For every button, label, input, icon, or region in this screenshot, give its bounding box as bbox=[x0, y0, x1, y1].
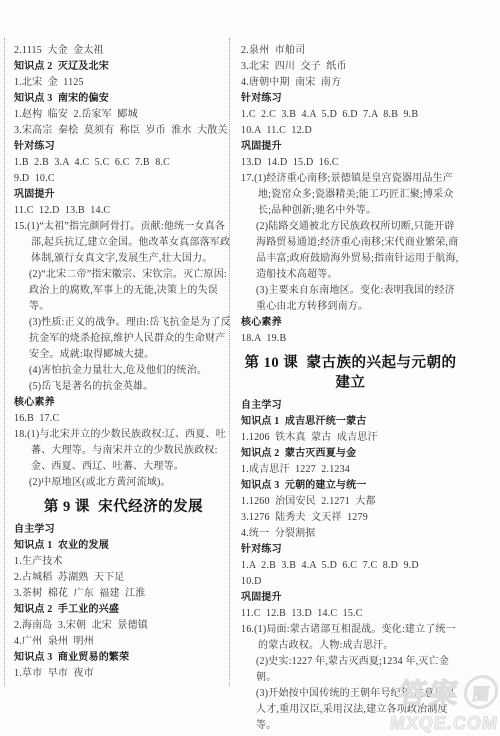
answer-line: 3.北宋 四川 交子 纸币 bbox=[241, 59, 460, 75]
answer-line: 10.A 11.C 12.D bbox=[241, 123, 460, 139]
answer-subparagraph: (3)开始按中国传统的王朝年号纪年,注意选用人才,重用汉臣,采用汉法,建立各项政… bbox=[241, 686, 460, 734]
answer-subparagraph: (5)岳飞是著名的抗金英雄。 bbox=[14, 379, 233, 395]
answer-subparagraph: (2)史实:1227 年,蒙古灭西夏;1234 年,灭亡金朝。 bbox=[241, 654, 460, 686]
section-heading: 针对练习 bbox=[241, 91, 460, 107]
answer-subparagraph: (3)主要来自东南地区。变化:表明我国的经济重心由北方转移到南方。 bbox=[241, 283, 460, 315]
answer-line: 2.1115 大金 金太祖 bbox=[14, 43, 233, 59]
answer-line: 4.广州 泉州 明州 bbox=[14, 634, 233, 650]
answer-line: 9.D 10.C bbox=[14, 171, 233, 187]
answer-subparagraph: (2)“北宋二帝”指宋徽宗、宋钦宗。灭亡原因:政治上的腐败,军事上的无能,决策上… bbox=[14, 267, 233, 315]
column-divider-left bbox=[4, 38, 5, 686]
section-heading: 自主学习 bbox=[241, 398, 460, 414]
answer-line: 1.生产技术 bbox=[14, 554, 233, 570]
answer-column-left: 2.1115 大金 金太祖知识点 2 灭辽及北宋1.北宋 金 1125知识点 3… bbox=[14, 43, 233, 682]
answer-paragraph: 17.(1)经济重心南移;景德镇是皇宫瓷器用品生产地;瓷窑众多;瓷器精美;能工巧… bbox=[241, 171, 460, 219]
section-heading: 核心素养 bbox=[14, 395, 233, 411]
answer-line: 1.1206 铁木真 蒙古 成吉思汗 bbox=[241, 430, 460, 446]
answer-line: 1.北宋 金 1125 bbox=[14, 75, 233, 91]
answer-line: 4.统一 分裂割据 bbox=[241, 526, 460, 542]
answer-line: 2.占城稻 苏湖熟 天下足 bbox=[14, 570, 233, 586]
answer-line: 1.A 2.B 3.B 4.A 5.D 6.C 7.C 8.D 9.D bbox=[241, 558, 460, 574]
answer-line: 18.A 19.B bbox=[241, 331, 460, 347]
answer-line: 11.C 12.D 13.B 14.C bbox=[14, 203, 233, 219]
answer-line: 4.唐朝中期 南宋 南方 bbox=[241, 75, 460, 91]
knowledge-point-heading: 知识点 3 元朝的建立与统一 bbox=[241, 478, 460, 494]
answer-paragraph: 15.(1)“太祖”指完颜阿骨打。贡献:他统一女真各部,起兵抗辽,建立金国。他改… bbox=[14, 219, 233, 267]
answer-subparagraph: (4)害怕抗金力量壮大,危及他们的统治。 bbox=[14, 363, 233, 379]
answer-subparagraph: (2)中原地区(或北方黄河流域)。 bbox=[14, 475, 233, 491]
answer-line: 11.C 12.B 13.D 14.C 15.C bbox=[241, 606, 460, 622]
answer-line: 1.1260 治国安民 2.1271 大都 bbox=[241, 494, 460, 510]
watermark-circle-glyph: 圈 bbox=[462, 675, 500, 709]
section-heading: 自主学习 bbox=[14, 522, 233, 538]
answer-line: 3.1276 陆秀夫 文天祥 1279 bbox=[241, 510, 460, 526]
knowledge-point-heading: 知识点 3 商业贸易的繁荣 bbox=[14, 650, 233, 666]
answer-column-right: 2.泉州 市舶司3.北宋 四川 交子 纸币4.唐朝中期 南宋 南方针对练习1.C… bbox=[241, 43, 460, 734]
section-heading: 巩固提升 bbox=[241, 139, 460, 155]
answer-line: 3.茶树 棉花 广东 福建 江淮 bbox=[14, 586, 233, 602]
knowledge-point-heading: 知识点 1 农业的发展 bbox=[14, 538, 233, 554]
section-heading: 核心素养 bbox=[241, 315, 460, 331]
answer-line: 1.B 2.B 3.A 4.C 5.C 6.C 7.B 8.C bbox=[14, 155, 233, 171]
answer-paragraph: 18.(1)与北宋并立的少数民族政权:辽、西夏、吐蕃、大理等。与南宋并立的少数民… bbox=[14, 427, 233, 475]
knowledge-point-heading: 知识点 2 手工业的兴盛 bbox=[14, 602, 233, 618]
knowledge-point-heading: 知识点 2 灭辽及北宋 bbox=[14, 59, 233, 75]
answer-line: 1.草市 早市 夜市 bbox=[14, 666, 233, 682]
answer-paragraph: 16.(1)局面:蒙古诸部互相混战。变化:建立了统一的蒙古政权。人物:成吉思汗。 bbox=[241, 622, 460, 654]
answer-line: 1.赵构 临安 2.岳家军 郾城 bbox=[14, 107, 233, 123]
answer-line: 1.C 2.C 3.B 4.A 5.D 6.D 7.A 8.B 9.B bbox=[241, 107, 460, 123]
answer-line: 13.D 14.D 15.D 16.C bbox=[241, 155, 460, 171]
answer-key-page: 2.1115 大金 金太祖知识点 2 灭辽及北宋1.北宋 金 1125知识点 3… bbox=[0, 0, 500, 736]
answer-line: 10.D bbox=[241, 574, 460, 590]
knowledge-point-heading: 知识点 1 成吉思汗统一蒙古 bbox=[241, 414, 460, 430]
knowledge-point-heading: 知识点 2 蒙古灭西夏与金 bbox=[241, 446, 460, 462]
answer-line: 2.泉州 市舶司 bbox=[241, 43, 460, 59]
answer-line: 1.成吉思汗 1227 2.1234 bbox=[241, 462, 460, 478]
answer-line: 3.宋高宗 秦桧 莫须有 称臣 岁币 淮水 大散关 bbox=[14, 123, 233, 139]
answer-subparagraph: (2)陆路交通被北方民族政权所切断,只能开辟海路贸易通道;经济重心南移;宋代商业… bbox=[241, 219, 460, 283]
answer-line: 16.B 17.C bbox=[14, 411, 233, 427]
section-heading: 针对练习 bbox=[241, 542, 460, 558]
answer-subparagraph: (3)性质:正义的战争。理由:岳飞抗金是为了反抗金军的烧杀抢掠,维护人民群众的生… bbox=[14, 315, 233, 363]
section-heading: 针对练习 bbox=[14, 139, 233, 155]
lesson-title: 第 9 课 宋代经济的发展 bbox=[14, 497, 233, 517]
section-heading: 巩固提升 bbox=[14, 187, 233, 203]
knowledge-point-heading: 知识点 3 南宋的偏安 bbox=[14, 91, 233, 107]
section-heading: 巩固提升 bbox=[241, 590, 460, 606]
lesson-title: 第 10 课 蒙古族的兴起与元朝的建立 bbox=[241, 353, 460, 393]
answer-line: 2.海南岛 3.宋朝 北宋 景德镇 bbox=[14, 618, 233, 634]
